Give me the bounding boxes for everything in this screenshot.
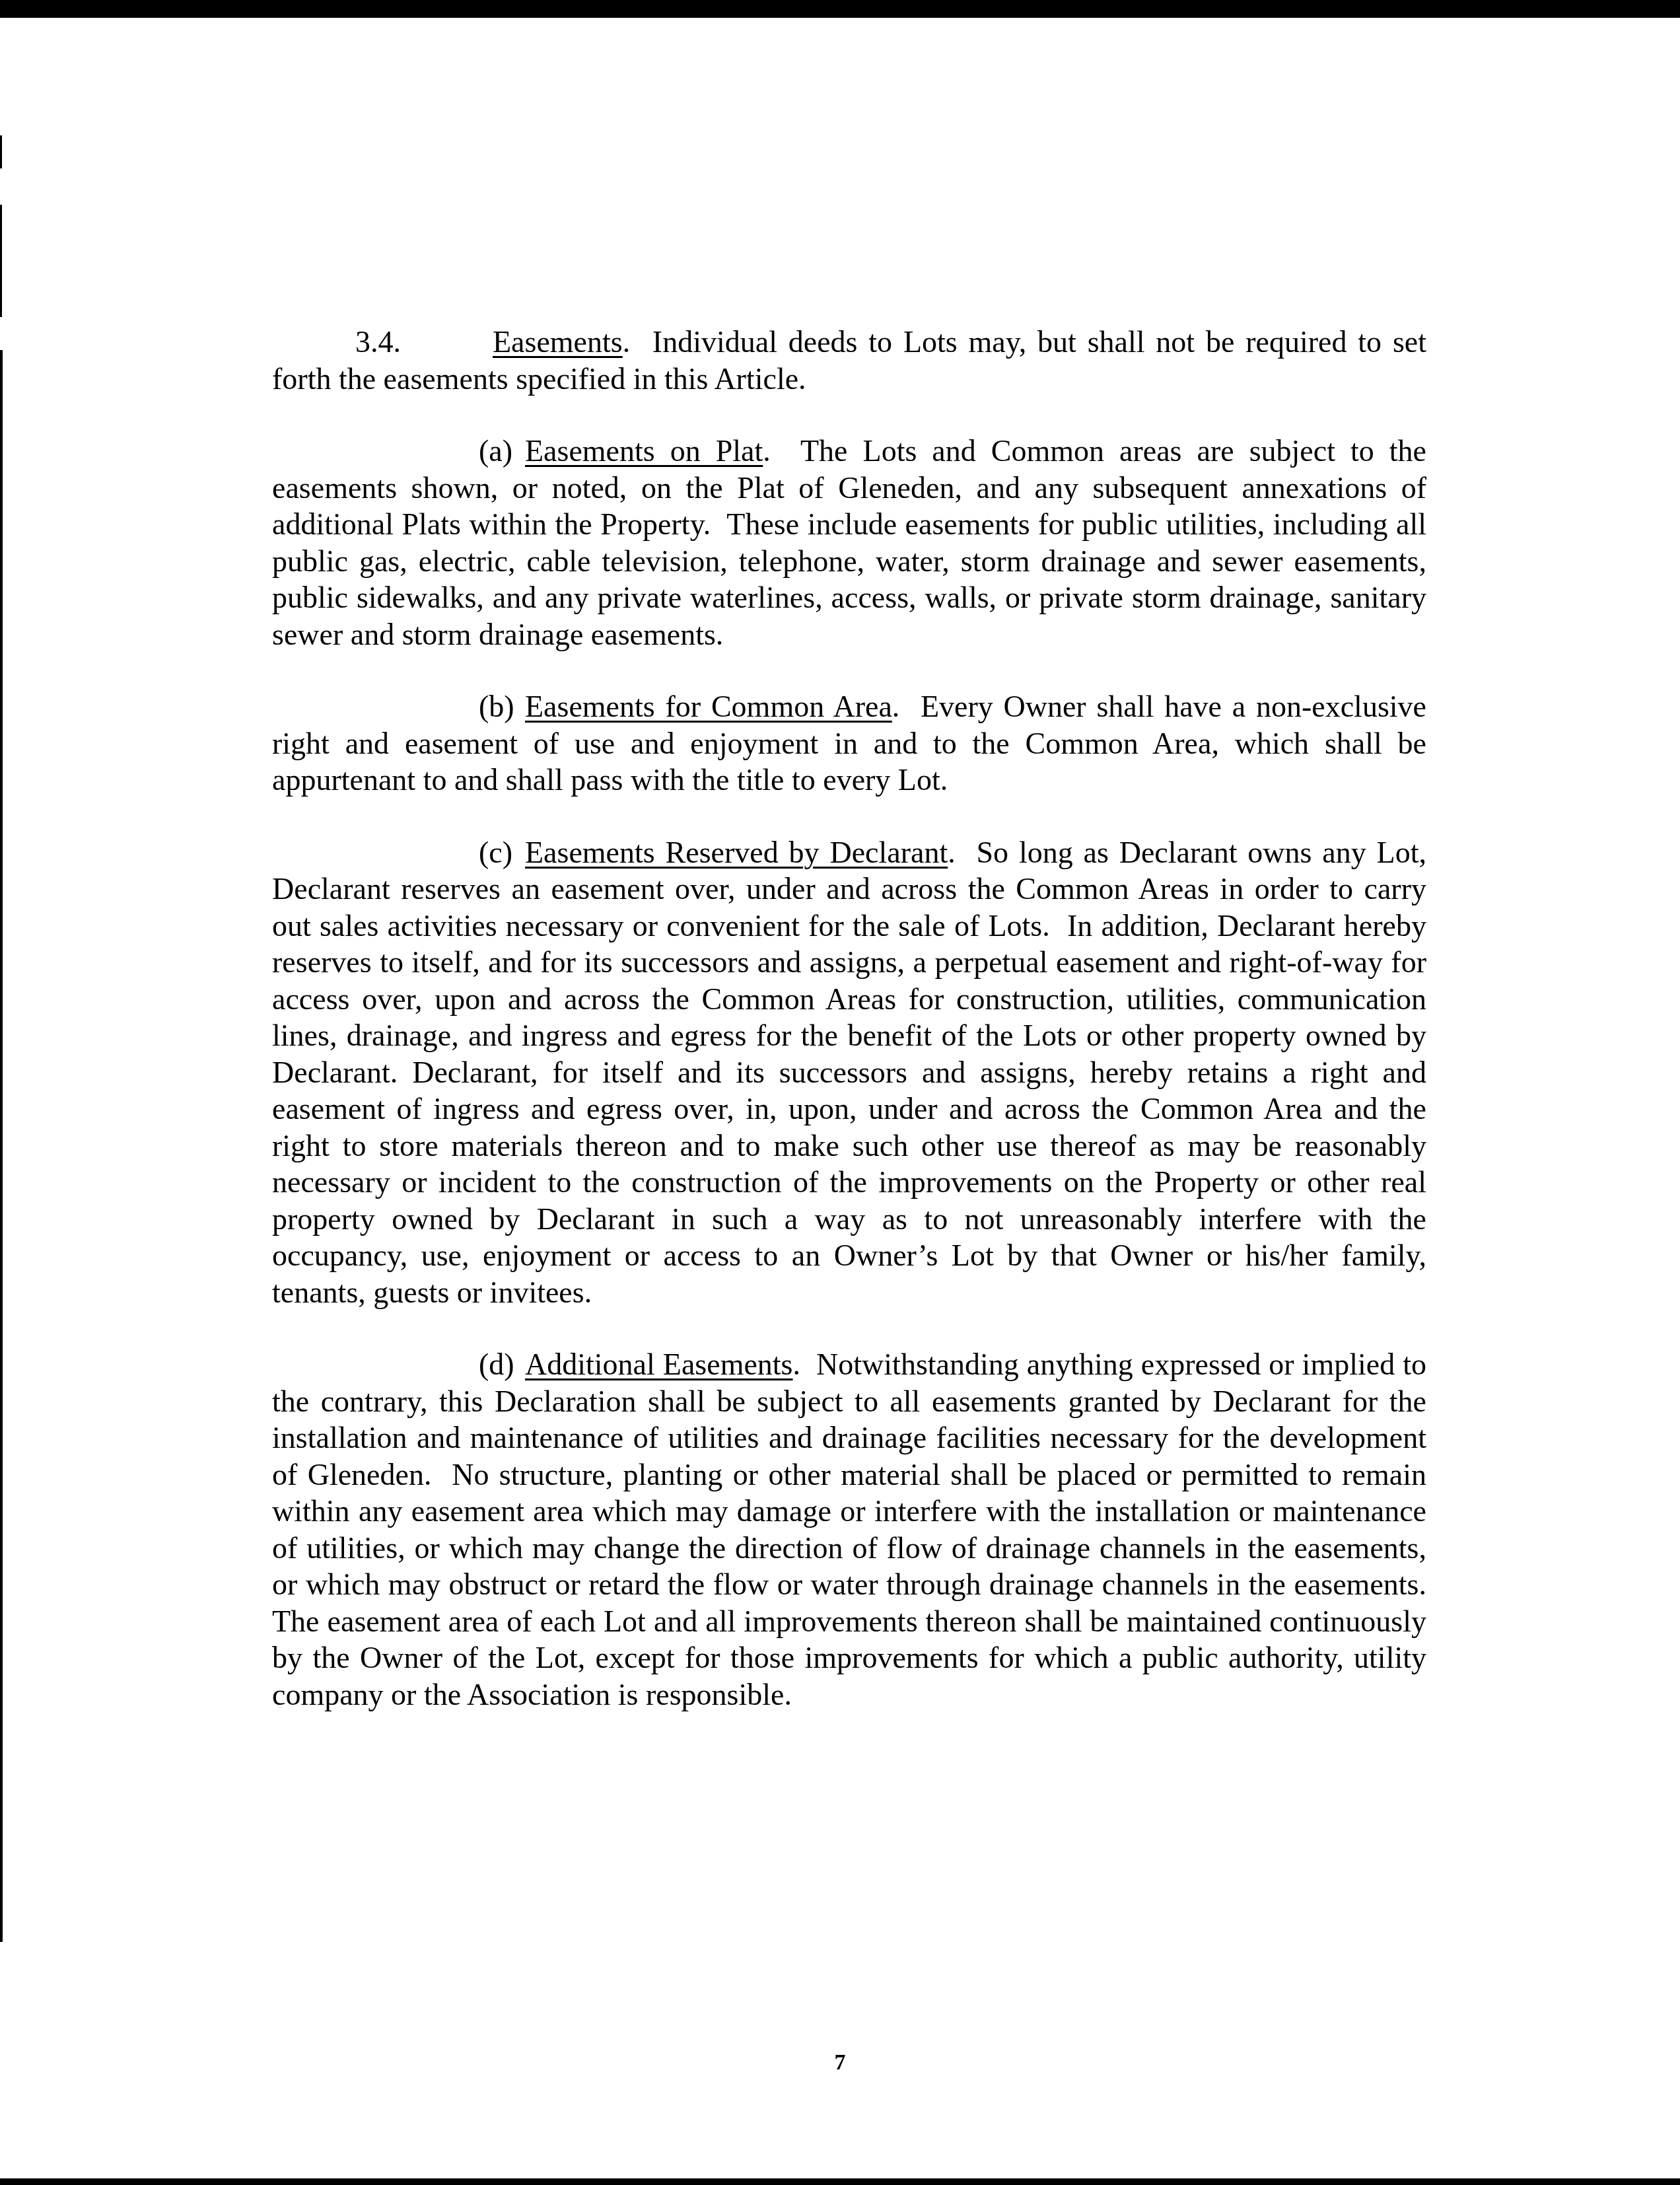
subsection-body: Notwithstanding anything expressed or im…: [272, 1347, 1442, 1711]
subsection-heading-punct: .: [948, 836, 956, 869]
subsection-label: (c): [479, 834, 525, 871]
subsection-a: (a)Easements on Plat. The Lots and Commo…: [272, 433, 1426, 653]
page-number: 7: [0, 2050, 1680, 2075]
scan-border-top: [0, 0, 1680, 18]
section-heading: Easements: [493, 325, 623, 359]
document-page: 3.4.Easements. Individual deeds to Lots …: [272, 324, 1426, 1713]
subsection-body: The Lots and Common areas are subject to…: [272, 434, 1434, 651]
subsection-heading-punct: .: [763, 434, 771, 468]
section-3-4: 3.4.Easements. Individual deeds to Lots …: [272, 324, 1426, 397]
scan-edge-artifact: [0, 350, 3, 1942]
subsection-heading-punct: .: [793, 1347, 801, 1381]
subsection-c: (c)Easements Reserved by Declarant. So l…: [272, 834, 1426, 1311]
subsection-label: (a): [479, 433, 525, 470]
subsection-label: (d): [479, 1346, 525, 1383]
section-number: 3.4.: [355, 324, 493, 361]
section-heading-punct: .: [623, 325, 631, 359]
subsection-heading: Additional Easements: [525, 1347, 793, 1381]
subsection-d: (d)Additional Easements. Notwithstanding…: [272, 1346, 1426, 1713]
subsection-label: (b): [479, 688, 525, 725]
subsection-heading: Easements on Plat: [525, 434, 763, 468]
subsection-b: (b)Easements for Common Area. Every Owne…: [272, 688, 1426, 799]
subsection-heading: Easements for Common Area: [525, 690, 892, 723]
scan-edge-artifact: [0, 205, 2, 317]
scan-border-bottom: [0, 2178, 1680, 2185]
subsection-body: So long as Declarant owns any Lot, Decla…: [272, 836, 1434, 1309]
subsection-heading-punct: .: [892, 690, 900, 723]
scan-edge-artifact: [0, 135, 2, 168]
subsection-heading: Easements Reserved by Declarant: [525, 836, 948, 869]
